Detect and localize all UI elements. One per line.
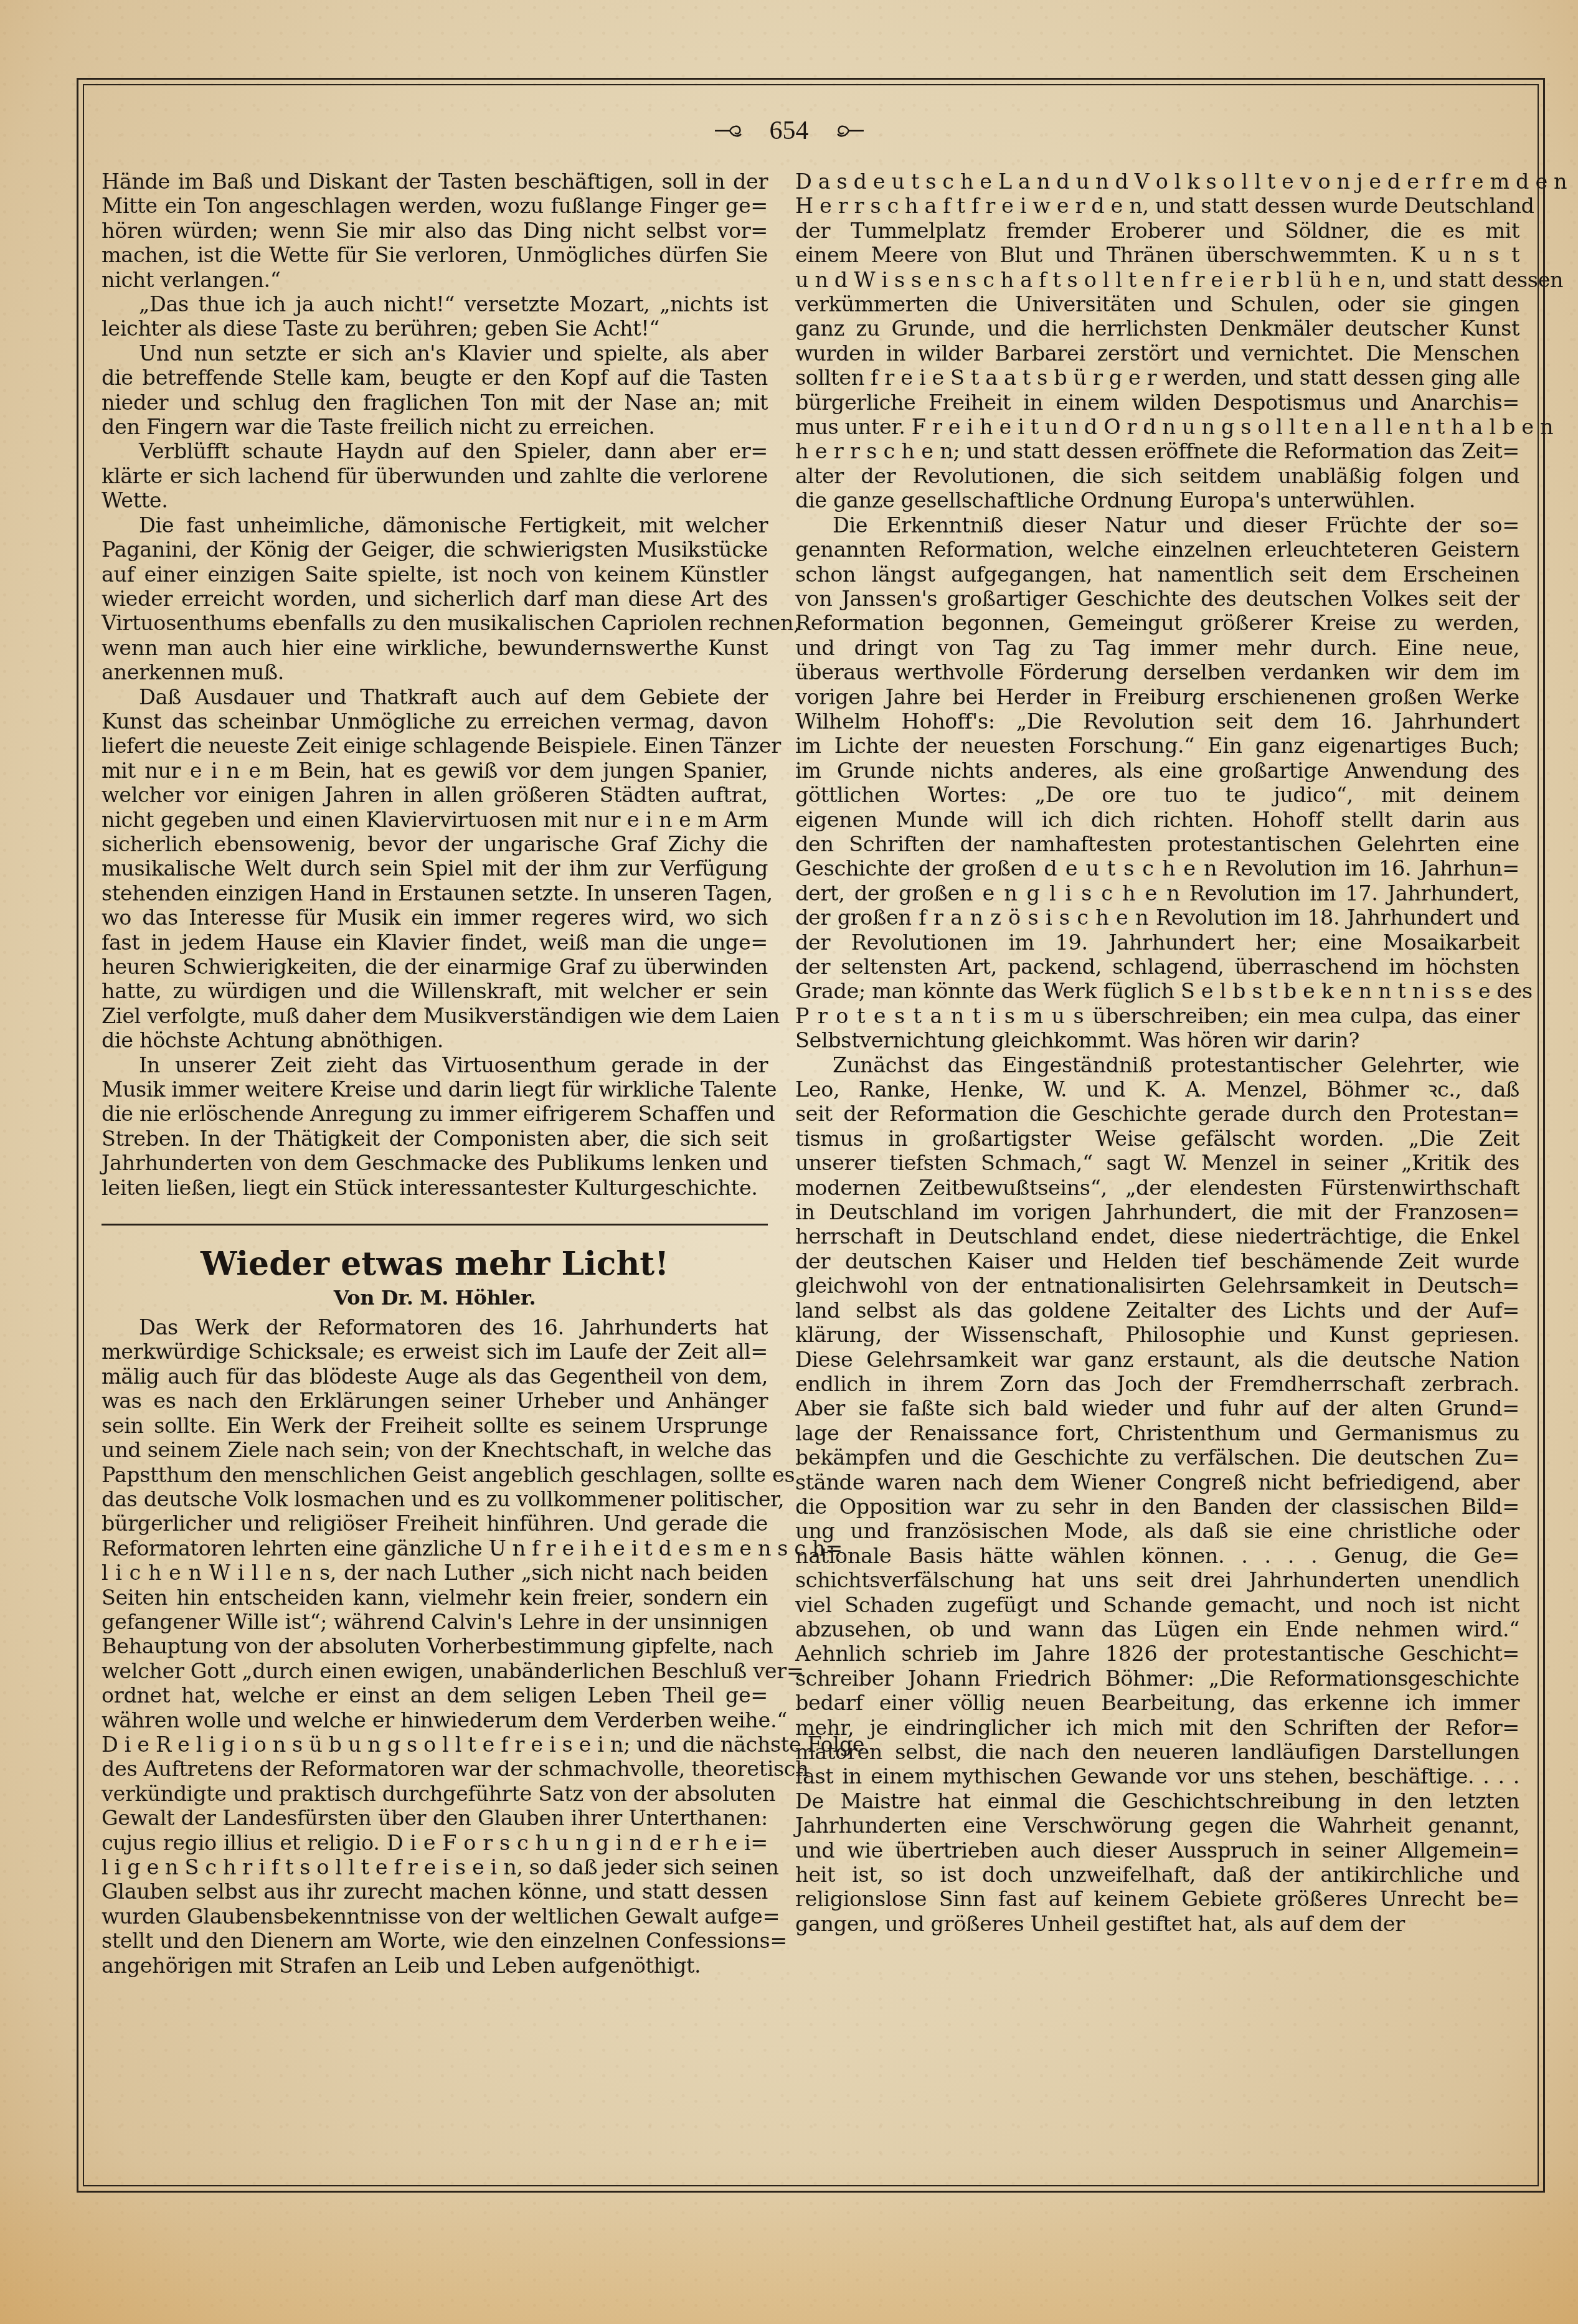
text-line: gleichwohl von der entnationalisirten Ge… [795,1273,1519,1298]
text-line: von Janssen's großartiger Geschichte des… [795,587,1519,611]
text-line: nicht verlangen.“ [102,268,768,292]
text-line: in Deutschland im vorigen Jahrhundert, d… [795,1200,1519,1224]
text-line: seit der Reformation die Geschichte gera… [795,1102,1519,1126]
text-line: nicht gegeben und einen Klaviervirtuosen… [102,808,768,832]
text-line: welcher vor einigen Jahren in allen größ… [102,783,768,807]
text-line: herrschaft in Deutschland endet, diese n… [795,1224,1519,1249]
text-line: den Fingern war die Taste freilich nicht… [102,415,768,439]
text-line: gangen, und größeres Unheil gestiftet ha… [795,1912,1519,1936]
text-line: der Tummelplatz fremder Eroberer und Söl… [795,219,1519,243]
text-line: modernen Zeitbewußtseins“, „der elendest… [795,1176,1519,1200]
text-line: und wie übertrieben auch dieser Ausspruc… [795,1838,1519,1863]
text-line: P r o t e s t a n t i s m u s überschrei… [795,1004,1519,1028]
text-line: des Auftretens der Reformatoren war der … [102,1757,768,1781]
text-line: endlich in ihrem Zorn das Joch der Fremd… [795,1372,1519,1396]
text-line: überaus werthvolle Förderung derselben v… [795,660,1519,684]
text-line: hatte, zu würdigen und die Willenskraft,… [102,979,768,1003]
text-line: der großen f r a n z ö s i s c h e n Rev… [795,905,1519,930]
text-line: nieder und schlug den fraglichen Ton mit… [102,390,768,415]
text-line: u n d W i s s e n s c h a f t s o l l t … [795,268,1519,292]
text-line: wenn man auch hier eine wirkliche, bewun… [102,636,768,660]
text-line: Papstthum den menschlichen Geist angebli… [102,1463,768,1487]
text-line: leichter als diese Taste zu berühren; ge… [102,316,768,341]
article-byline: Von Dr. M. Höhler. [102,1284,768,1311]
text-line: gefangener Wille ist“; während Calvin's … [102,1610,768,1634]
article-body: Das Werk der Reformatoren des 16. Jahrhu… [102,1315,768,1978]
paragraph: Verblüfft schaute Haydn auf den Spieler,… [102,439,768,513]
text-line: einem Meere von Blut und Thränen übersch… [795,243,1519,267]
text-line: mit nur e i n e m Bein, hat es gewiß vor… [102,758,768,783]
left-column: Hände im Baß und Diskant der Tasten besc… [102,169,768,1978]
text-line: Musik immer weitere Kreise und darin lie… [102,1077,768,1102]
text-line: Und nun setzte er sich an's Klavier und … [102,341,768,366]
text-line: liefert die neueste Zeit einige schlagen… [102,734,768,758]
text-line: bedarf einer völlig neuen Bearbeitung, d… [795,1691,1519,1715]
text-line: Geschichte der großen d e u t s c h e n … [795,856,1519,881]
text-line: bekämpfen und die Geschichte zu verfälsc… [795,1445,1519,1470]
text-line: l i g e n S c h r i f t s o l l t e f r … [102,1855,768,1879]
text-line: Reformatoren lehrten eine gänzliche U n … [102,1536,768,1561]
text-line: mehr, je eindringlicher ich mich mit den… [795,1716,1519,1740]
text-line: „Das thue ich ja auch nicht!“ versetzte … [102,292,768,316]
text-line: h e r r s c h e n; und statt dessen eröf… [795,439,1519,463]
text-line: auf einer einzigen Saite spielte, ist no… [102,562,768,587]
text-line: dert, der großen e n g l i s c h e n Rev… [795,881,1519,905]
text-line: hören würden; wenn Sie mir also das Ding… [102,219,768,243]
text-line: religionslose Sinn fast auf keinem Gebie… [795,1887,1519,1911]
text-line: vorigen Jahre bei Herder in Freiburg ers… [795,685,1519,709]
flourish-right-icon [834,121,865,140]
text-line: und seinem Ziele nach sein; von der Knec… [102,1438,768,1462]
text-line: Ziel verfolgte, muß daher dem Musikverst… [102,1004,768,1028]
text-line: wurden in wilder Barbarei zerstört und v… [795,341,1519,366]
text-line: wurden Glaubensbekenntnisse von der welt… [102,1904,768,1929]
text-line: Selbstvernichtung gleichkommt. Was hören… [795,1028,1519,1052]
text-line: verkündigte und praktisch durchgeführte … [102,1782,768,1806]
text-line: H e r r s c h a f t f r e i w e r d e n,… [795,194,1519,218]
text-line: Jahrhunderten von dem Geschmacke des Pub… [102,1151,768,1175]
page-header: 654 [0,112,1578,149]
page-number: 654 [770,116,809,146]
text-line: Verblüfft schaute Haydn auf den Spieler,… [102,439,768,463]
text-line: die betreffende Stelle kam, beugte er de… [102,366,768,390]
text-line: klärte er sich lachend für überwunden un… [102,464,768,488]
text-line: viel Schaden zugefügt und Schande gemach… [795,1593,1519,1617]
text-line: Wette. [102,488,768,513]
text-line: cujus regio illius et religio. D i e F o… [102,1831,768,1855]
paragraph: Und nun setzte er sich an's Klavier und … [102,341,768,440]
text-line: mus unter. F r e i h e i t u n d O r d n… [795,415,1519,439]
text-line: bürgerliche Freiheit in einem wilden Des… [795,390,1519,415]
text-line: welcher Gott „durch einen ewigen, unabän… [102,1659,768,1683]
text-line: Gewalt der Landesfürsten über den Glaube… [102,1806,768,1830]
text-line: D i e R e l i g i o n s ü b u n g s o l … [102,1732,768,1757]
text-line: verkümmerten die Universitäten und Schul… [795,292,1519,316]
text-line: abzusehen, ob und wann das Lügen ein End… [795,1617,1519,1641]
text-line: Diese Gelehrsamkeit war ganz erstaunt, a… [795,1348,1519,1372]
text-line: merkwürdige Schicksale; es erweist sich … [102,1339,768,1364]
text-line: wo das Interesse für Musik ein immer reg… [102,905,768,930]
paragraph: Die fast unheimliche, dämonische Fertigk… [102,513,768,685]
text-line: sein sollte. Ein Werk der Freiheit sollt… [102,1414,768,1438]
text-line: unserer tiefsten Schmach,“ sagt W. Menze… [795,1151,1519,1175]
text-line: In unserer Zeit zieht das Virtuosenthum … [102,1053,768,1077]
text-line: machen, ist die Wette für Sie verloren, … [102,243,768,267]
text-line: nationale Basis hätte wählen können. . .… [795,1544,1519,1568]
text-line: den Schriften der namhaftesten protestan… [795,832,1519,856]
text-line: Aehnlich schrieb im Jahre 1826 der prote… [795,1641,1519,1666]
text-line: Hände im Baß und Diskant der Tasten besc… [102,169,768,194]
text-line: die nie erlöschende Anregung zu immer ei… [102,1102,768,1126]
paragraph: D a s d e u t s c h e L a n d u n d V o … [795,169,1519,513]
text-line: die höchste Achtung abnöthigen. [102,1028,768,1052]
text-line: Zunächst das Eingeständniß protestantisc… [795,1053,1519,1077]
text-line: Behauptung von der absoluten Vorherbesti… [102,1634,768,1658]
text-line: Streben. In der Thätigkeit der Componist… [102,1127,768,1151]
text-line: lage der Renaissance fort, Christenthum … [795,1421,1519,1445]
text-line: Die fast unheimliche, dämonische Fertigk… [102,513,768,537]
text-line: heuren Schwierigkeiten, die der einarmig… [102,955,768,979]
article-body-continued: D a s d e u t s c h e L a n d u n d V o … [795,169,1519,1936]
paragraph: Daß Ausdauer und Thatkraft auch auf dem … [102,685,768,1053]
text-line: schichtsverfälschung hat uns seit drei J… [795,1568,1519,1592]
text-line: währen wolle und welche er hinwiederum d… [102,1708,768,1732]
text-line: Seiten hin entscheiden kann, vielmehr ke… [102,1585,768,1610]
text-line: genannten Reformation, welche einzelnen … [795,537,1519,562]
text-line: Kunst das scheinbar Unmögliche zu erreic… [102,709,768,734]
flourish-left-icon [714,121,745,140]
article-title: Wieder etwas mehr Licht! [102,1245,768,1283]
text-line: schreiber Johann Friedrich Böhmer: „Die … [795,1666,1519,1691]
text-line: Die Erkenntniß dieser Natur und dieser F… [795,513,1519,537]
text-line: Glauben selbst aus ihr zurecht machen kö… [102,1879,768,1904]
text-line: ung und französischen Mode, als daß sie … [795,1519,1519,1543]
paragraph: Die Erkenntniß dieser Natur und dieser F… [795,513,1519,1053]
text-line: was es nach den Erklärungen seiner Urheb… [102,1389,768,1413]
text-line: Aber sie faßte sich bald wieder und fuhr… [795,1396,1519,1420]
text-line: der seltensten Art, packend, schlagend, … [795,955,1519,979]
text-line: fast in einem mythischen Gewande vor uns… [795,1764,1519,1788]
text-line: bürgerlicher und religiöser Freiheit hin… [102,1511,768,1536]
text-line: D a s d e u t s c h e L a n d u n d V o … [795,169,1519,194]
text-line: die Opposition war zu sehr in den Banden… [795,1495,1519,1519]
text-line: wieder erreicht worden, und sicherlich d… [102,587,768,611]
text-line: der deutschen Kaiser und Helden tief bes… [795,1249,1519,1273]
text-line: matoren selbst, die nach den neueren lan… [795,1740,1519,1764]
paragraph: In unserer Zeit zieht das Virtuosenthum … [102,1053,768,1200]
text-line: fast in jedem Hause ein Klavier findet, … [102,930,768,955]
continued-article-text: Hände im Baß und Diskant der Tasten besc… [102,169,768,1200]
text-line: eigenen Munde will ich dich richten. Hoh… [795,808,1519,832]
text-line: Wilhelm Hohoff's: „Die Revolution seit d… [795,709,1519,734]
text-line: musikalische Welt durch sein Spiel mit d… [102,856,768,881]
text-line: die ganze gesellschaftliche Ordnung Euro… [795,488,1519,513]
right-column: D a s d e u t s c h e L a n d u n d V o … [795,169,1519,1936]
text-line: leiten ließen, liegt ein Stück interessa… [102,1176,768,1200]
text-line: Mitte ein Ton angeschlagen werden, wozu … [102,194,768,218]
text-line: Daß Ausdauer und Thatkraft auch auf dem … [102,685,768,709]
text-line: l i c h e n W i l l e n s, der nach Luth… [102,1561,768,1585]
text-line: mälig auch für das blödeste Auge als das… [102,1364,768,1389]
text-line: sicherlich ebensowenig, bevor der ungari… [102,832,768,856]
text-line: der Revolutionen im 19. Jahrhundert her;… [795,930,1519,955]
text-line: De Maistre hat einmal die Geschichtschre… [795,1789,1519,1813]
text-line: Das Werk der Reformatoren des 16. Jahrhu… [102,1315,768,1339]
text-line: ganz zu Grunde, und die herrlichsten Den… [795,316,1519,341]
text-line: anerkennen muß. [102,660,768,684]
text-line: schon längst aufgegangen, hat namentlich… [795,562,1519,587]
text-line: stehenden einzigen Hand in Erstaunen set… [102,881,768,905]
text-line: sollten f r e i e S t a a t s b ü r g e … [795,366,1519,390]
text-line: und dringt von Tag zu Tag immer mehr dur… [795,636,1519,660]
text-line: heit ist, so ist doch unzweifelhaft, daß… [795,1863,1519,1887]
text-line: Virtuosenthums ebenfalls zu den musikali… [102,611,768,635]
text-line: Reformation begonnen, Gemeingut größerer… [795,611,1519,635]
text-line: angehörigen mit Strafen an Leib und Lebe… [102,1953,768,1978]
paragraph: „Das thue ich ja auch nicht!“ versetzte … [102,292,768,341]
text-line: alter der Revolutionen, die sich seitdem… [795,464,1519,488]
text-line: land selbst als das goldene Zeitalter de… [795,1298,1519,1323]
paragraph: Hände im Baß und Diskant der Tasten besc… [102,169,768,292]
text-line: im Lichte der neuesten Forschung.“ Ein g… [795,734,1519,758]
article-separator-rule [102,1224,768,1226]
text-line: göttlichen Wortes: „De ore tuo te judico… [795,783,1519,807]
text-line: Leo, Ranke, Henke, W. und K. A. Menzel, … [795,1077,1519,1102]
text-line: das deutsche Volk losmachen und es zu vo… [102,1487,768,1511]
text-line: klärung, der Wissenschaft, Philosophie u… [795,1323,1519,1347]
text-line: Jahrhunderten eine Verschwörung gegen di… [795,1813,1519,1838]
text-line: stände waren nach dem Wiener Congreß nic… [795,1470,1519,1495]
text-line: tismus in großartigster Weise gefälscht … [795,1127,1519,1151]
text-line: im Grunde nichts anderes, als eine großa… [795,758,1519,783]
paragraph: Zunächst das Eingeständniß protestantisc… [795,1053,1519,1937]
text-line: stellt und den Dienern am Worte, wie den… [102,1929,768,1953]
text-line: Paganini, der König der Geiger, die schw… [102,537,768,562]
text-line: Grade; man könnte das Werk füglich S e l… [795,979,1519,1003]
text-line: ordnet hat, welche er einst an dem selig… [102,1683,768,1708]
paragraph: Das Werk der Reformatoren des 16. Jahrhu… [102,1315,768,1978]
